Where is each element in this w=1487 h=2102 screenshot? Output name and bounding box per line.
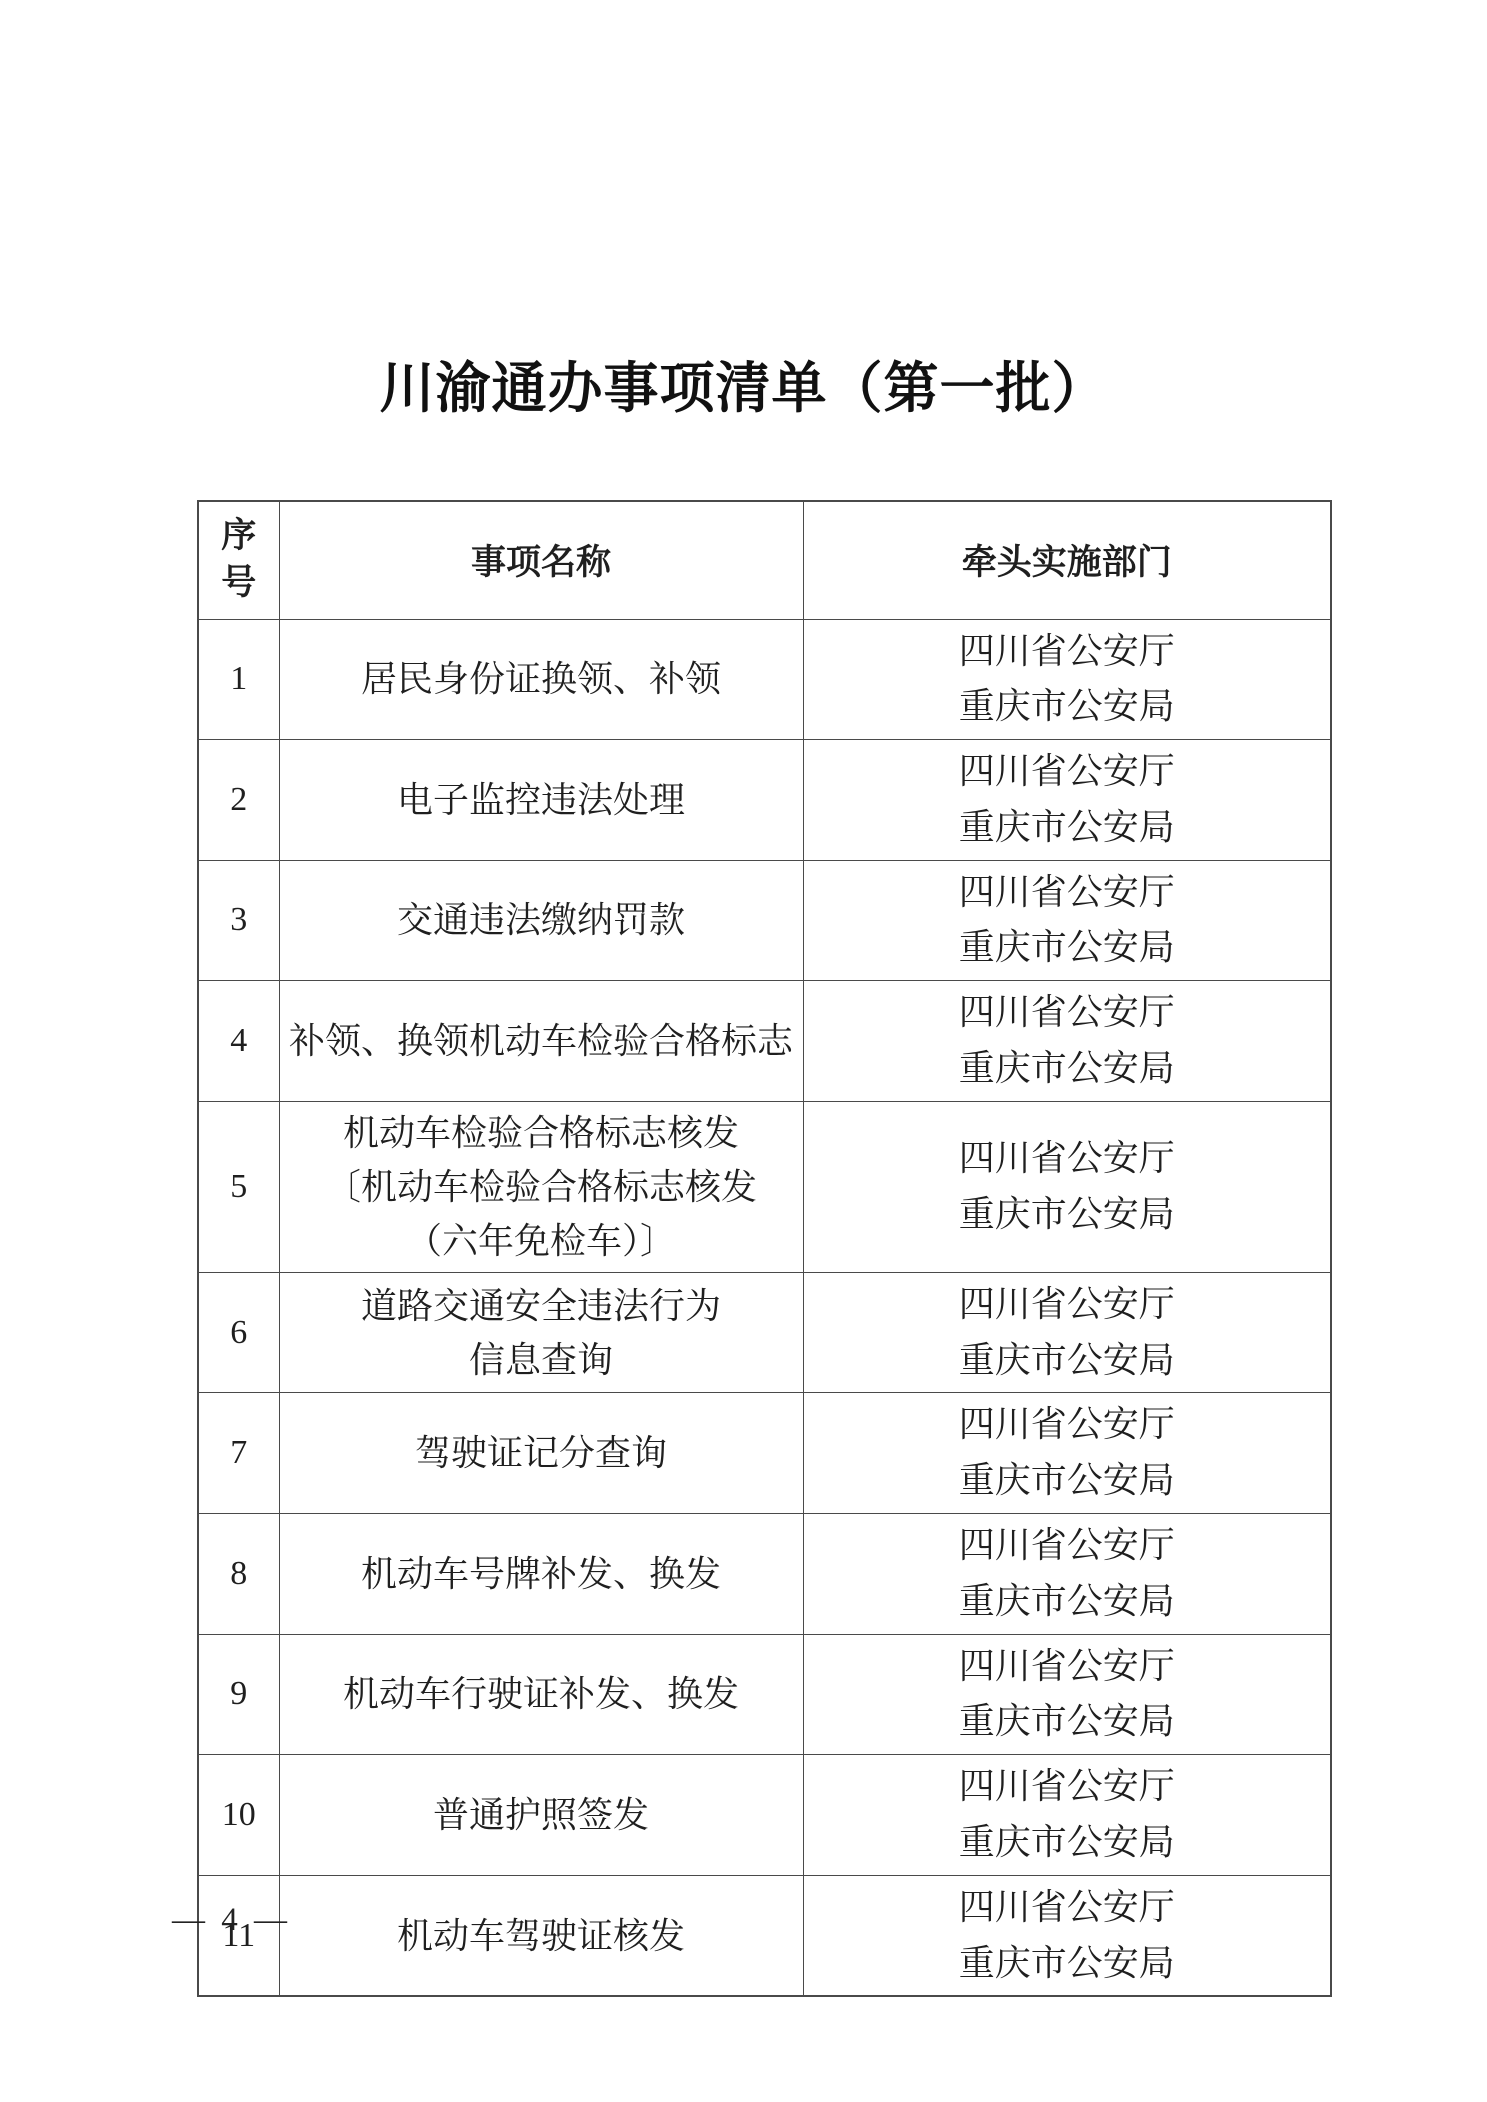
row-seq-number-cell: 4	[198, 981, 279, 1102]
table-row: 6 道路交通安全违法行为信息查询 四川省公安厅重庆市公安局	[198, 1272, 1331, 1393]
table-row: 3 交通违法缴纳罚款 四川省公安厅重庆市公安局	[198, 860, 1331, 981]
header-row: 序号 事项名称 牵头实施部门	[198, 501, 1331, 619]
lead-department-cell: 四川省公安厅重庆市公安局	[803, 1101, 1331, 1272]
lead-department-cell: 四川省公安厅重庆市公安局	[803, 1514, 1331, 1635]
lead-department-cell: 四川省公安厅重庆市公安局	[803, 1875, 1331, 1996]
header-col-seq-number: 序号	[198, 501, 279, 619]
page-title: 川渝通办事项清单（第一批）	[0, 344, 1487, 423]
table-row: 11 机动车驾驶证核发 四川省公安厅重庆市公安局	[198, 1875, 1331, 1996]
table-row: 5 机动车检验合格标志核发〔机动车检验合格标志核发（六年免检车）〕 四川省公安厅…	[198, 1101, 1331, 1272]
item-name-cell: 电子监控违法处理	[279, 740, 803, 861]
header-col-lead-department: 牵头实施部门	[803, 501, 1331, 619]
row-seq-number-cell: 3	[198, 860, 279, 981]
row-seq-number-cell: 7	[198, 1393, 279, 1514]
item-name-cell: 补领、换领机动车检验合格标志	[279, 981, 803, 1102]
table-row: 1 居民身份证换领、补领 四川省公安厅重庆市公安局	[198, 619, 1331, 740]
table-row: 2 电子监控违法处理 四川省公安厅重庆市公安局	[198, 740, 1331, 861]
item-name-cell: 居民身份证换领、补领	[279, 619, 803, 740]
table-row: 10 普通护照签发 四川省公安厅重庆市公安局	[198, 1755, 1331, 1876]
table-body: 1 居民身份证换领、补领 四川省公安厅重庆市公安局 2 电子监控违法处理 四川省…	[198, 619, 1331, 1996]
lead-department-cell: 四川省公安厅重庆市公安局	[803, 1272, 1331, 1393]
lead-department-cell: 四川省公安厅重庆市公安局	[803, 981, 1331, 1102]
item-name-cell: 驾驶证记分查询	[279, 1393, 803, 1514]
lead-department-cell: 四川省公安厅重庆市公安局	[803, 860, 1331, 981]
lead-department-cell: 四川省公安厅重庆市公安局	[803, 740, 1331, 861]
document-page: 川渝通办事项清单（第一批） 序号 事项名称 牵头实施部门 1 居民身份证换领、补…	[0, 0, 1487, 2102]
item-name-cell: 机动车号牌补发、换发	[279, 1514, 803, 1635]
item-name-cell: 机动车行驶证补发、换发	[279, 1634, 803, 1755]
row-seq-number-cell: 6	[198, 1272, 279, 1393]
row-seq-number-cell: 2	[198, 740, 279, 861]
row-seq-number-cell: 8	[198, 1514, 279, 1635]
item-name-cell: 普通护照签发	[279, 1755, 803, 1876]
lead-department-cell: 四川省公安厅重庆市公安局	[803, 1634, 1331, 1755]
lead-department-cell: 四川省公安厅重庆市公安局	[803, 1393, 1331, 1514]
table-row: 7 驾驶证记分查询 四川省公安厅重庆市公安局	[198, 1393, 1331, 1514]
table-row: 9 机动车行驶证补发、换发 四川省公安厅重庆市公安局	[198, 1634, 1331, 1755]
item-name-cell: 机动车检验合格标志核发〔机动车检验合格标志核发（六年免检车）〕	[279, 1101, 803, 1272]
table-header: 序号 事项名称 牵头实施部门	[198, 501, 1331, 619]
row-seq-number-cell: 5	[198, 1101, 279, 1272]
row-seq-number-cell: 10	[198, 1755, 279, 1876]
lead-department-cell: 四川省公安厅重庆市公安局	[803, 1755, 1331, 1876]
table-row: 4 补领、换领机动车检验合格标志 四川省公安厅重庆市公安局	[198, 981, 1331, 1102]
items-table: 序号 事项名称 牵头实施部门 1 居民身份证换领、补领 四川省公安厅重庆市公安局…	[197, 500, 1332, 1997]
table-row: 8 机动车号牌补发、换发 四川省公安厅重庆市公安局	[198, 1514, 1331, 1635]
header-col-item-name: 事项名称	[279, 501, 803, 619]
row-seq-number-cell: 9	[198, 1634, 279, 1755]
row-seq-number-cell: 1	[198, 619, 279, 740]
item-name-cell: 机动车驾驶证核发	[279, 1875, 803, 1996]
lead-department-cell: 四川省公安厅重庆市公安局	[803, 619, 1331, 740]
item-name-cell: 道路交通安全违法行为信息查询	[279, 1272, 803, 1393]
item-name-cell: 交通违法缴纳罚款	[279, 860, 803, 981]
page-number: — 4 —	[172, 1902, 291, 1939]
